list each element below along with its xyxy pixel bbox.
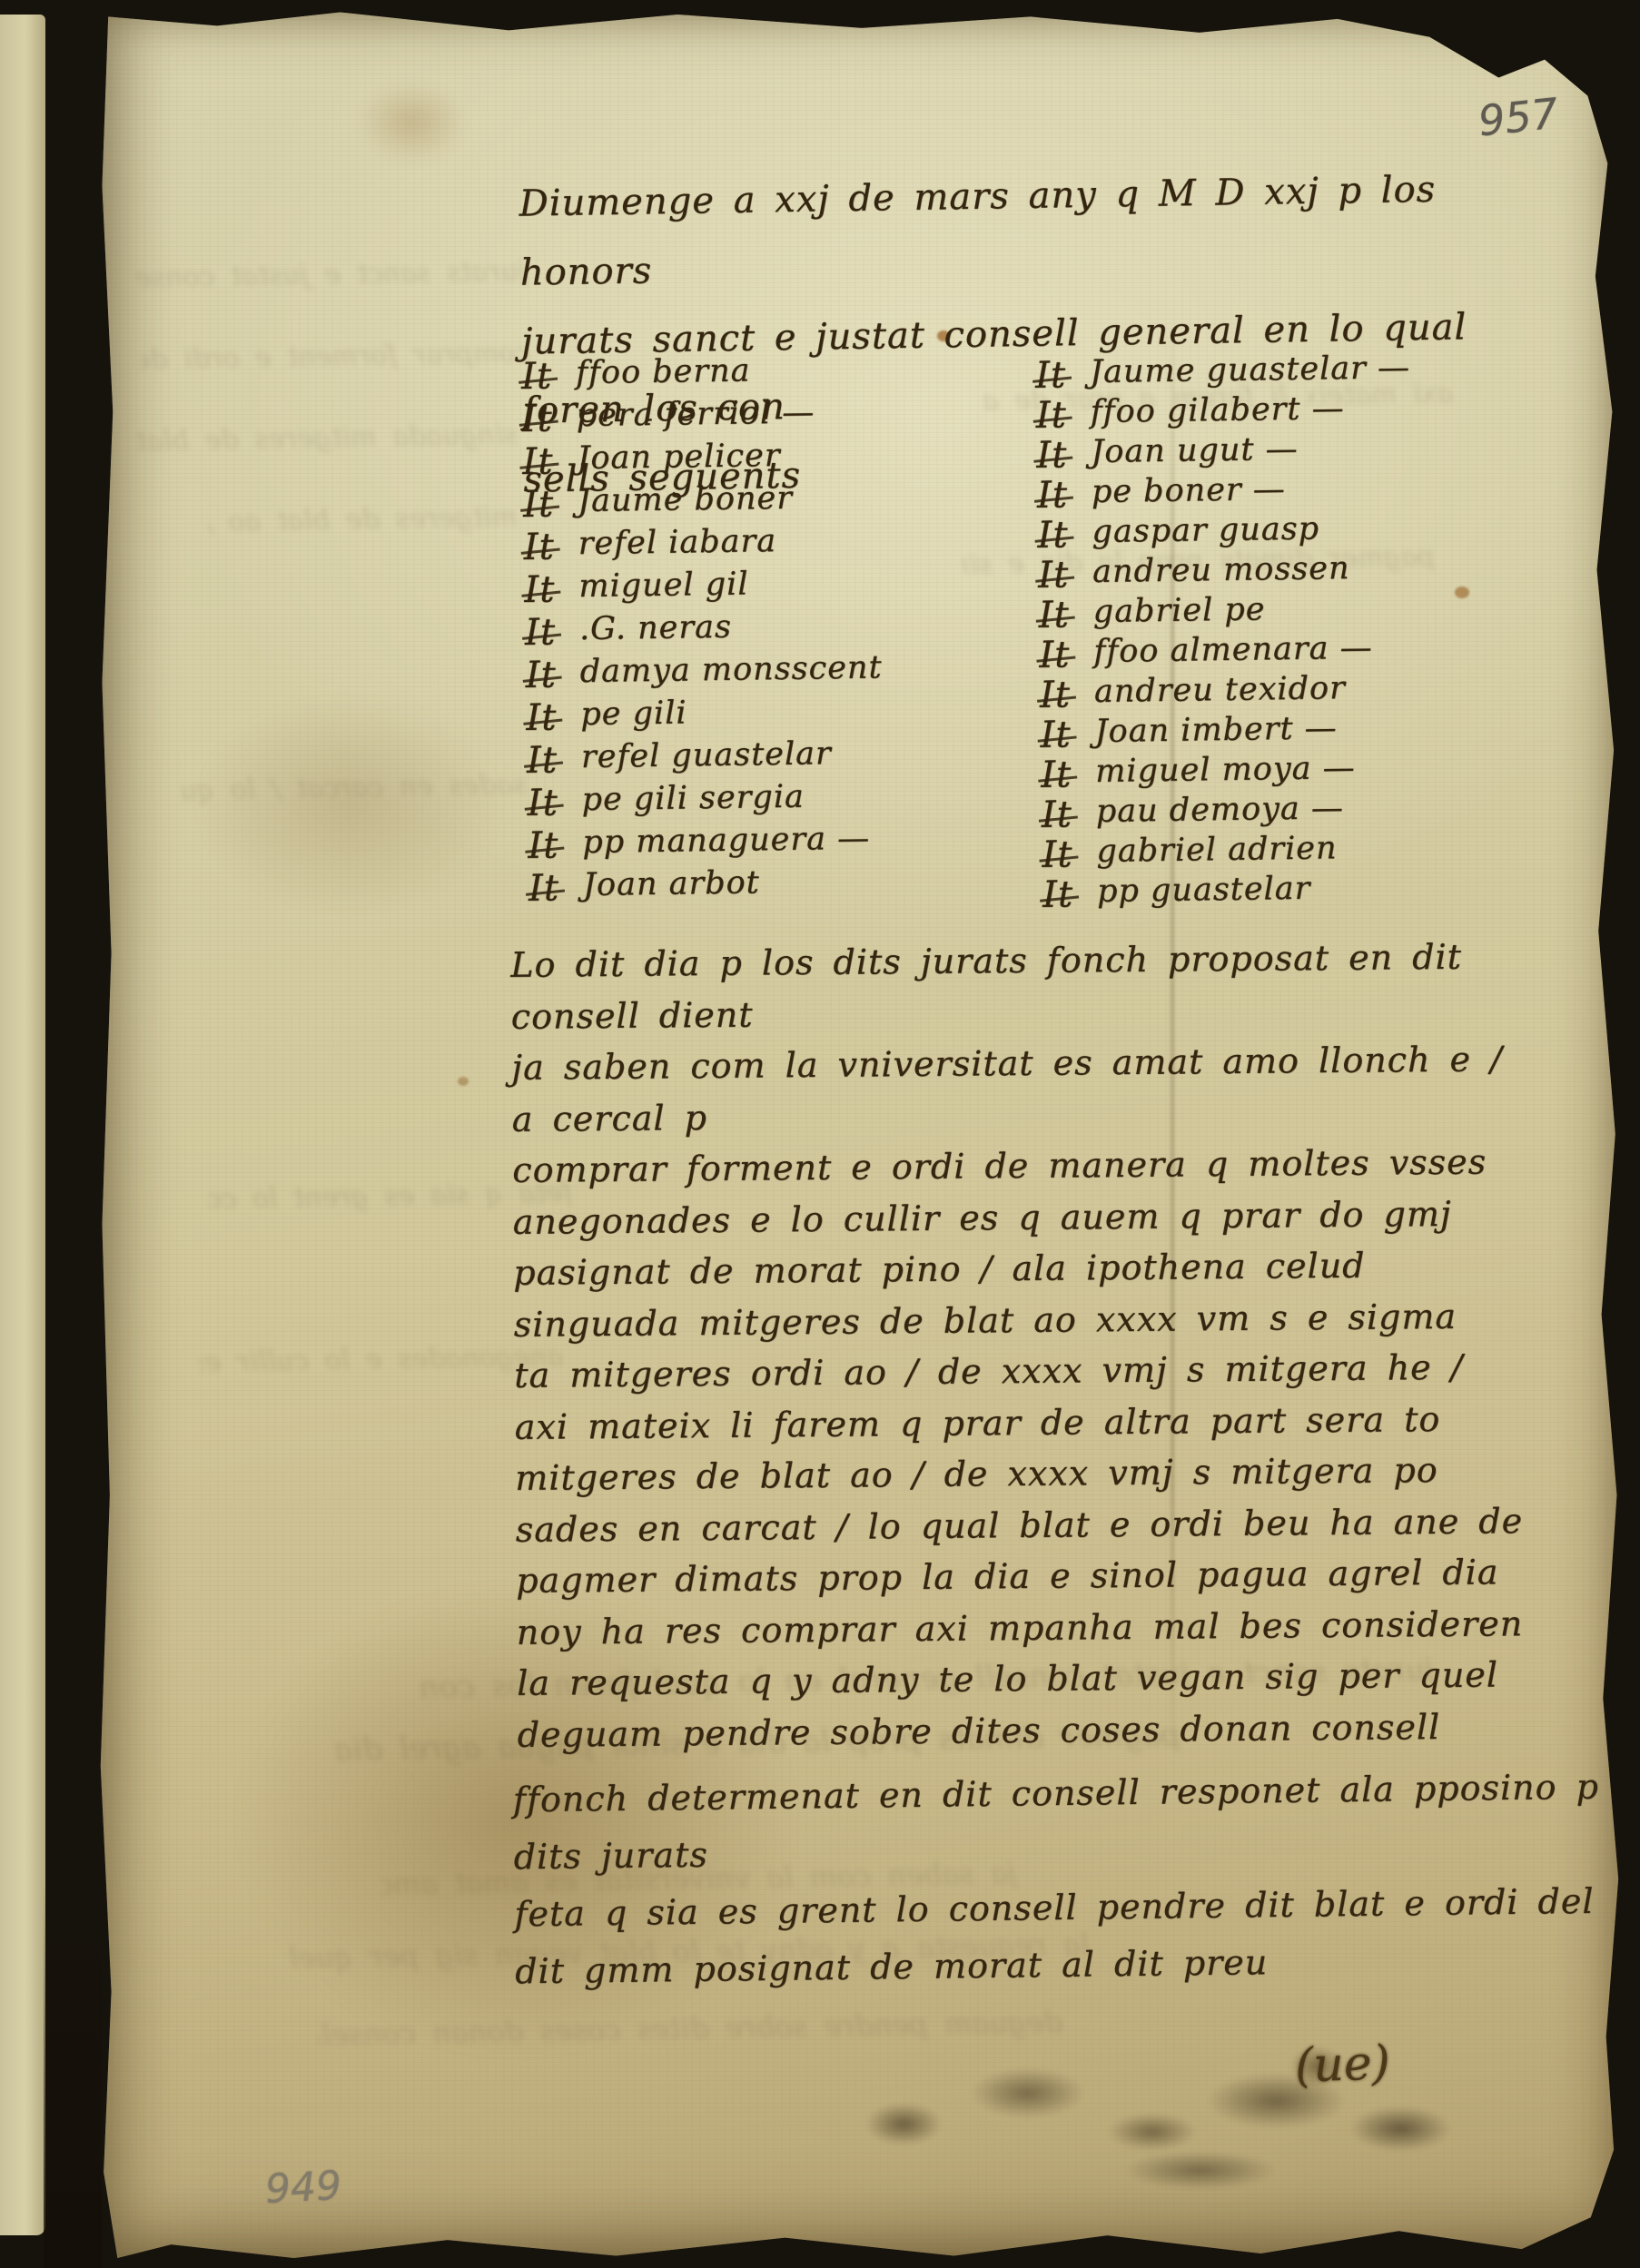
member-name: ffoo almenara — <box>1093 630 1373 670</box>
text-line: ffonch determenat en dit consell respone… <box>513 1759 1604 1887</box>
item-prefix: It <box>524 568 556 610</box>
council-member-row: It ffoo almenara — <box>1039 629 1415 675</box>
text-line: Lo dit dia p los dits jurats fonch propo… <box>510 931 1533 1042</box>
item-prefix: It <box>1041 794 1072 835</box>
item-prefix: It <box>523 526 555 567</box>
text-line: ja saben com la vniversitat es amat amo … <box>511 1033 1534 1145</box>
council-member-row: It pau demoya — <box>1041 789 1417 834</box>
member-name: damya monsscent <box>579 649 882 690</box>
council-member-row: It ffoo berna <box>521 349 1036 399</box>
council-member-row: It gabriel adrien <box>1042 829 1418 874</box>
member-name: pp guastelar <box>1097 871 1311 910</box>
member-name: pe gili <box>580 695 687 733</box>
member-name: gabriel pe <box>1092 591 1265 630</box>
item-prefix: It <box>1036 434 1068 476</box>
council-member-row: It Joan ugut — <box>1036 429 1412 475</box>
member-name: refel guastelar <box>581 735 832 775</box>
item-prefix: It <box>525 611 557 653</box>
item-prefix: It <box>1035 394 1067 436</box>
text-line: anegonades e lo cullir es q auem q prar … <box>513 1188 1535 1247</box>
council-member-row: It Joan arbot <box>529 861 1043 911</box>
text-line: comprar forment e ordi de manera q molte… <box>512 1136 1534 1196</box>
council-member-row: It Jaume guastelar — <box>1035 350 1411 395</box>
member-name: Jaume boner <box>578 480 793 519</box>
council-member-row: It andreu mossen <box>1038 549 1414 595</box>
member-name: Joan pelicer <box>577 438 781 477</box>
folio-number-top: 957 <box>1476 89 1560 146</box>
bleedthrough-ghost-text: comprar forment e ordi de manera q molte… <box>140 337 531 375</box>
member-name: gaspar guasp <box>1092 511 1319 550</box>
council-member-row: It pe gili <box>526 690 1041 740</box>
manuscript-page: jurats sanct e justat consell general en… <box>94 5 1629 2263</box>
member-name: ffoo berna <box>576 352 751 391</box>
council-member-row: It pe boner — <box>1037 469 1413 515</box>
text-line: pasignat de morat pino / ala ipothena ce… <box>513 1238 1535 1298</box>
text-line: sades en carcat / lo qual blat e ordi be… <box>516 1495 1537 1555</box>
proposal-paragraph: Lo dit dia p los dits jurats fonch propo… <box>510 931 1539 1760</box>
facing-page-edge <box>0 15 45 2235</box>
stain-blotch <box>821 2039 1511 2194</box>
member-name: ffoo gilabert — <box>1090 390 1344 430</box>
item-prefix: It <box>1040 714 1072 755</box>
member-name: pe boner — <box>1092 471 1286 510</box>
item-prefix: It <box>525 654 557 695</box>
item-prefix: It <box>522 440 554 482</box>
council-member-row: It andreu texidor <box>1040 669 1416 715</box>
member-name: Jaume guastelar — <box>1090 350 1410 390</box>
resolution-paragraph: ffonch determenat en dit consell respone… <box>513 1759 1605 2001</box>
council-member-row: It damya monsscent <box>525 647 1040 697</box>
item-prefix: It <box>1035 354 1067 396</box>
bleedthrough-ghost-text: mitgeres de blat ao / de xxxx vmj s mitg… <box>209 501 519 538</box>
text-line: la requesta q y adny te lo blat vegan si… <box>517 1649 1538 1709</box>
text-line: dit gmm posignat de morat al dit preu <box>515 1930 1605 2001</box>
member-name: andreu texidor <box>1094 670 1346 710</box>
council-member-row: It gabriel pe <box>1038 589 1414 635</box>
stain-blotch <box>194 695 503 913</box>
council-member-row: It pp managuera — <box>528 818 1042 868</box>
folio-number-bottom: 949 <box>264 2163 343 2213</box>
council-list-left: It ffoo berna It pera ferriol — It Joan … <box>521 349 1043 915</box>
item-prefix: It <box>529 867 560 909</box>
member-name: pau demoya — <box>1096 790 1345 830</box>
council-member-row: It refel iabara <box>523 519 1038 569</box>
item-prefix: It <box>526 696 558 738</box>
member-name: miguel gil <box>578 567 749 606</box>
council-member-row: It pera ferriol — <box>521 391 1036 441</box>
member-name: .G. neras <box>579 609 732 647</box>
council-member-columns: It ffoo berna It pera ferriol — It Joan … <box>525 352 1596 912</box>
item-prefix: It <box>1042 833 1073 875</box>
council-member-row: It pp guastelar <box>1042 869 1418 914</box>
item-prefix: It <box>528 824 559 866</box>
text-line: pagmer dimats prop la dia e sinol pagua … <box>516 1546 1537 1606</box>
ink-blot-note: (ue) <box>1294 2036 1391 2094</box>
text-line: noy ha res comprar axi mpanha mal bes co… <box>516 1598 1537 1658</box>
council-member-row: It Jaume boner <box>523 477 1038 527</box>
member-name: miguel moya — <box>1095 750 1356 790</box>
item-prefix: It <box>1037 514 1069 556</box>
text-line: singuada mitgeres de blat ao xxxx vm s e… <box>514 1290 1536 1350</box>
member-name: pera ferriol — <box>576 394 815 434</box>
stain-blotch <box>358 82 467 163</box>
council-member-row: It Joan pelicer <box>522 434 1037 484</box>
item-prefix: It <box>1041 754 1072 795</box>
item-prefix: It <box>1042 873 1074 915</box>
council-member-row: It miguel gil <box>524 562 1039 612</box>
member-name: Joan imbert — <box>1094 710 1338 750</box>
member-name: pe gili sergia <box>581 779 805 818</box>
bleedthrough-ghost-text: sades en carcat / lo qual blat e ordi be… <box>182 769 528 807</box>
item-prefix: It <box>521 356 553 398</box>
item-prefix: It <box>1038 554 1070 596</box>
text-line: mitgeres de blat ao / de xxxx vmj s mitg… <box>515 1444 1536 1504</box>
item-prefix: It <box>1037 474 1069 516</box>
item-prefix: It <box>1038 594 1070 636</box>
council-list-right: It Jaume guastelar — It ffoo gilabert — … <box>1035 350 1418 914</box>
item-prefix: It <box>1040 674 1072 715</box>
member-name: pp managuera — <box>582 821 870 861</box>
member-name: gabriel adrien <box>1096 830 1338 870</box>
council-member-row: It pe gili sergia <box>527 775 1042 825</box>
member-name: Joan ugut — <box>1091 431 1299 470</box>
item-prefix: It <box>521 399 553 440</box>
member-name: andreu mossen <box>1092 550 1350 590</box>
foxing-spot <box>458 1077 469 1086</box>
council-member-row: It Joan imbert — <box>1040 709 1416 754</box>
council-member-row: It .G. neras <box>525 605 1040 655</box>
item-prefix: It <box>523 483 555 525</box>
manuscript-scan: jurats sanct e justat consell general en… <box>0 0 1640 2268</box>
bleedthrough-ghost-text: deguam pendre sobre dites coses donan co… <box>318 2005 1063 2052</box>
heading-line: Diumenge a xxj de mars any q M D xxj p l… <box>519 153 1519 307</box>
bleedthrough-ghost-text: anegonades e lo cullir es q auem q prar … <box>200 1341 564 1379</box>
text-line: ta mitgeres ordi ao / de xxxx vmj s mitg… <box>514 1341 1536 1401</box>
council-member-row: It gaspar guasp <box>1037 509 1413 555</box>
text-line: deguam pendre sobre dites coses donan co… <box>517 1701 1538 1760</box>
council-member-row: It ffoo gilabert — <box>1035 390 1411 435</box>
council-member-row: It miguel moya — <box>1041 749 1417 794</box>
binding-gutter-shadow <box>44 0 102 2268</box>
item-prefix: It <box>527 739 558 781</box>
council-member-row: It refel guastelar <box>527 733 1042 783</box>
item-prefix: It <box>527 782 558 823</box>
bleedthrough-ghost-text: jurats sanct e justat consell general en… <box>136 255 528 293</box>
bleedthrough-ghost-text: singuada mitgeres de blat ao xxxx vm s e… <box>136 419 519 457</box>
member-name: Joan arbot <box>583 864 760 903</box>
text-line: axi mateix li farem q prar de altra part… <box>515 1393 1536 1453</box>
item-prefix: It <box>1039 634 1071 675</box>
member-name: refel iabara <box>578 523 776 562</box>
